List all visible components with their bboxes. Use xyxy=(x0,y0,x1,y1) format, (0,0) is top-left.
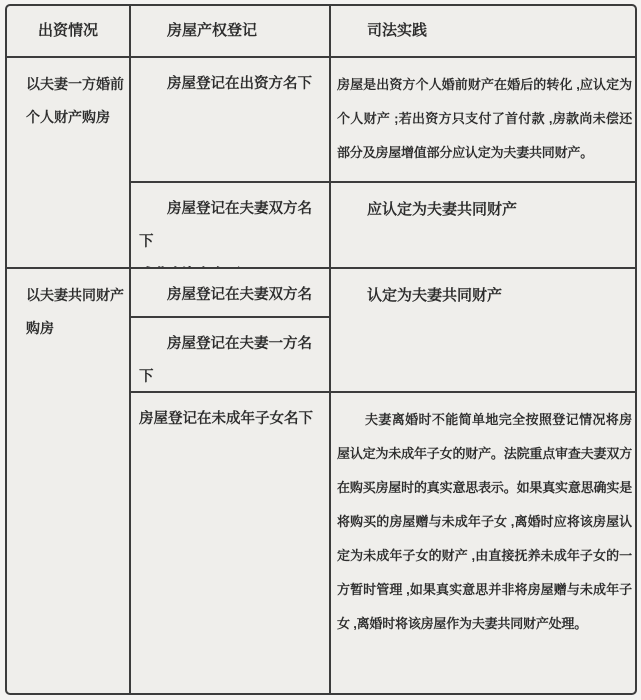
registration-cell-both-names: 房屋登记在夫妻双方名下 xyxy=(131,269,331,318)
funding-cell-premarital-personal: 以夫妻一方婚前 个人财产购房 xyxy=(7,58,131,269)
marriage-property-table: 出资情况 房屋产权登记 司法实践 以夫妻一方婚前 个人财产购房 房屋登记在出资方… xyxy=(5,4,637,695)
header-funding-situation: 出资情况 xyxy=(7,6,131,58)
header-judicial-practice: 司法实践 xyxy=(331,6,635,58)
practice-cell-joint: 认定为夫妻共同财产 xyxy=(331,269,635,393)
header-property-registration: 房屋产权登记 xyxy=(131,6,331,58)
registration-cell-funder-name: 房屋登记在出资方名下 xyxy=(131,58,331,183)
registration-cell-minor-children-name: 房屋登记在未成年子女名下 xyxy=(131,393,331,693)
practice-cell-minor-children-analysis: 夫妻离婚时不能简单地完全按照登记情况将房屋认定为未成年子女的财产。法院重点审查夫… xyxy=(331,393,635,693)
funding-cell-joint-property: 以夫妻共同财产 购房 xyxy=(7,269,131,693)
practice-cell-personal-conversion: 房屋是出资方个人婚前财产在婚后的转化 ,应认定为个人财产 ;若出资方只支付了首付… xyxy=(331,58,635,183)
registration-cell-one-spouse-name: 房屋登记在夫妻一方名下 xyxy=(131,318,331,393)
practice-cell-should-be-joint: 应认定为夫妻共同财产 xyxy=(331,183,635,269)
registration-cell-both-or-nonfunder-name: 房屋登记在夫妻双方名下 或非出资方名下 xyxy=(131,183,331,269)
